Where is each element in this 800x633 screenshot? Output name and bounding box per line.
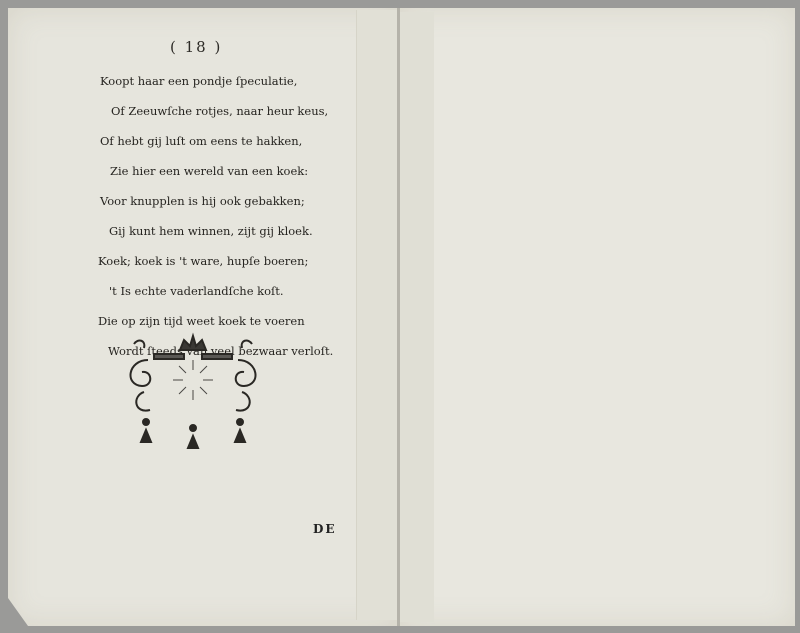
crown-sunburst-ornament [118,330,268,450]
page-number: ( 18 ) [170,38,222,56]
verse-line: Zie hier een wereld van een koek: [110,164,308,178]
right-page [399,8,795,626]
verse-line: Koopt haar een pondje ſpeculatie, [100,74,297,88]
page-fold [397,8,400,626]
verse-line: Die op zijn tijd weet koek te voeren [98,314,305,328]
verse-line: Koek; koek is 't ware, hupſe boeren; [98,254,308,268]
verse-line: Of Zeeuwſche rotjes, naar heur keus, [111,104,328,118]
verse-line: Voor knupplen is hij ook gebakken; [100,194,305,208]
catchword: DE [313,522,337,536]
verse-line: 't Is echte vaderlandſche koſt. [109,284,284,298]
verse-line: Gij kunt hem winnen, zijt gij kloek. [109,224,313,238]
verse-line: Of hebt gij luſt om eens te hakken, [100,134,302,148]
torn-corner [8,598,28,626]
binding-strip-left [356,10,399,620]
binding-strip-right [400,12,434,622]
